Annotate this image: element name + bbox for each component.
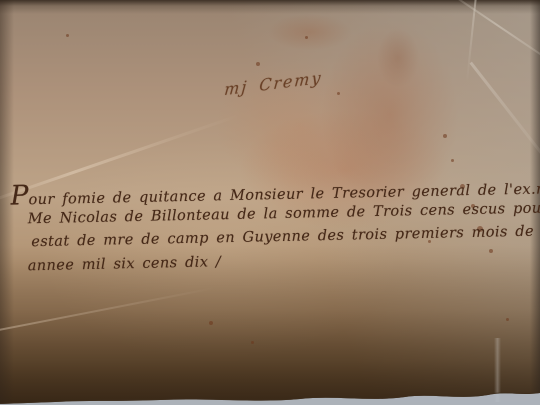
stain-spot	[443, 134, 447, 138]
stain-spot	[66, 34, 69, 37]
stain-spot	[451, 159, 454, 162]
stain-spot	[305, 36, 308, 39]
stain-spot	[337, 92, 340, 95]
handwritten-text-block: Pour fomie de quitance a Monsieur le Tre…	[10, 173, 540, 278]
stain-spot	[209, 321, 213, 325]
stain-spot	[256, 62, 260, 66]
manuscript-photo: mj Cremy Pour fomie de quitance a Monsie…	[0, 0, 540, 405]
table-edge-strip	[0, 387, 540, 405]
stain-spot	[506, 318, 509, 321]
stain-spot	[251, 341, 254, 344]
